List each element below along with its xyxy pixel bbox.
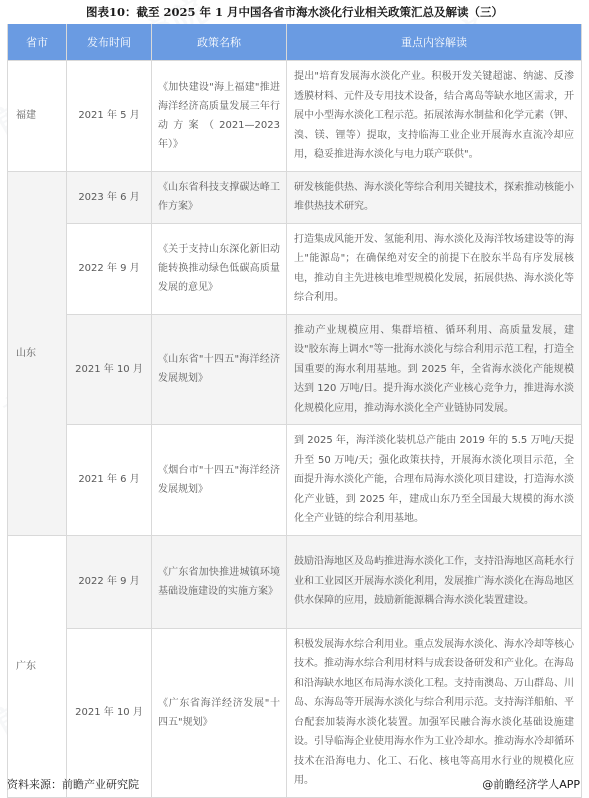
header-policy-name: 政策名称 [152, 24, 287, 61]
table-row: 2021 年 6 月 《烟台市"十四五"海洋经济发展规划》 到 2025 年，海… [8, 425, 582, 536]
province-cell: 山东 [8, 171, 67, 535]
figure-title: 图表10：截至 2025 年 1 月中国各省市海水淡化行业相关政策汇总及解读（三… [0, 4, 589, 20]
policy-name-cell: 《山东省科技支撑碳达峰工作方案》 [152, 171, 287, 223]
table-row: 2021 年 10 月 《山东省"十四五"海洋经济发展规划》 推动产业规模应用、… [8, 314, 582, 425]
table-row: 2022 年 9 月 《关于支持山东深化新旧动能转换推动绿色低碳高质量发展的意见… [8, 223, 582, 314]
date-cell: 2021 年 10 月 [67, 314, 152, 425]
content-cell: 到 2025 年，海洋淡化装机总产能由 2019 年的 5.5 万吨/天提升至 … [287, 425, 582, 536]
content-cell: 提出"培育发展海水淡化产业。积极开发关键超滤、纳滤、反渗透膜材料、元件及专用技术… [287, 61, 582, 172]
content-cell: 打造集成风能开发、氢能利用、海水淡化及海洋牧场建设等的海上"能源岛"；在确保绝对… [287, 223, 582, 314]
credit-note: @前瞻经济学人APP [482, 776, 580, 792]
date-cell: 2021 年 5 月 [67, 61, 152, 172]
table-row: 福建 2021 年 5 月 《加快建设"海上福建"推进海洋经济高质量发展三年行动… [8, 61, 582, 172]
date-cell: 2021 年 10 月 [67, 628, 152, 797]
policy-name-cell: 《烟台市"十四五"海洋经济发展规划》 [152, 425, 287, 536]
table-row: 2021 年 10 月 《广东省海洋经济发展"十四五"规划》 积极发展海水综合利… [8, 628, 582, 797]
content-cell: 推动产业规模应用、集群培植、循环利用、高质量发展，建设"胶东海上调水"等一批海水… [287, 314, 582, 425]
content-cell: 积极发展海水综合利用业。重点发展海水淡化、海水冷却等核心技术。推动海水综合利用材… [287, 628, 582, 797]
policy-table: 省市 发布时间 政策名称 重点内容解读 福建 2021 年 5 月 《加快建设"… [7, 24, 582, 798]
policy-name-cell: 《加快建设"海上福建"推进海洋经济高质量发展三年行动方案（2021—2023 年… [152, 61, 287, 172]
content-cell: 研发核能供热、海水淡化等综合利用关键技术，探索推动核能小堆供热技术研究。 [287, 171, 582, 223]
header-province: 省市 [8, 24, 67, 61]
table-header-row: 省市 发布时间 政策名称 重点内容解读 [8, 24, 582, 61]
policy-name-cell: 《山东省"十四五"海洋经济发展规划》 [152, 314, 287, 425]
date-cell: 2022 年 9 月 [67, 535, 152, 628]
policy-name-cell: 《广东省海洋经济发展"十四五"规划》 [152, 628, 287, 797]
province-cell: 广东 [8, 535, 67, 797]
province-cell: 福建 [8, 61, 67, 172]
date-cell: 2023 年 6 月 [67, 171, 152, 223]
policy-name-cell: 《关于支持山东深化新旧动能转换推动绿色低碳高质量发展的意见》 [152, 223, 287, 314]
header-date: 发布时间 [67, 24, 152, 61]
header-key-content: 重点内容解读 [287, 24, 582, 61]
policy-name-cell: 《广东省加快推进城镇环境基础设施建设的实施方案》 [152, 535, 287, 628]
date-cell: 2022 年 9 月 [67, 223, 152, 314]
table-row: 广东 2022 年 9 月 《广东省加快推进城镇环境基础设施建设的实施方案》 鼓… [8, 535, 582, 628]
source-note: 资料来源：前瞻产业研究院 [7, 776, 139, 792]
date-cell: 2021 年 6 月 [67, 425, 152, 536]
table-row: 山东 2023 年 6 月 《山东省科技支撑碳达峰工作方案》 研发核能供热、海水… [8, 171, 582, 223]
content-cell: 鼓励沿海地区及岛屿推进海水淡化工作，支持沿海地区高耗水行业和工业园区开展海水淡化… [287, 535, 582, 628]
